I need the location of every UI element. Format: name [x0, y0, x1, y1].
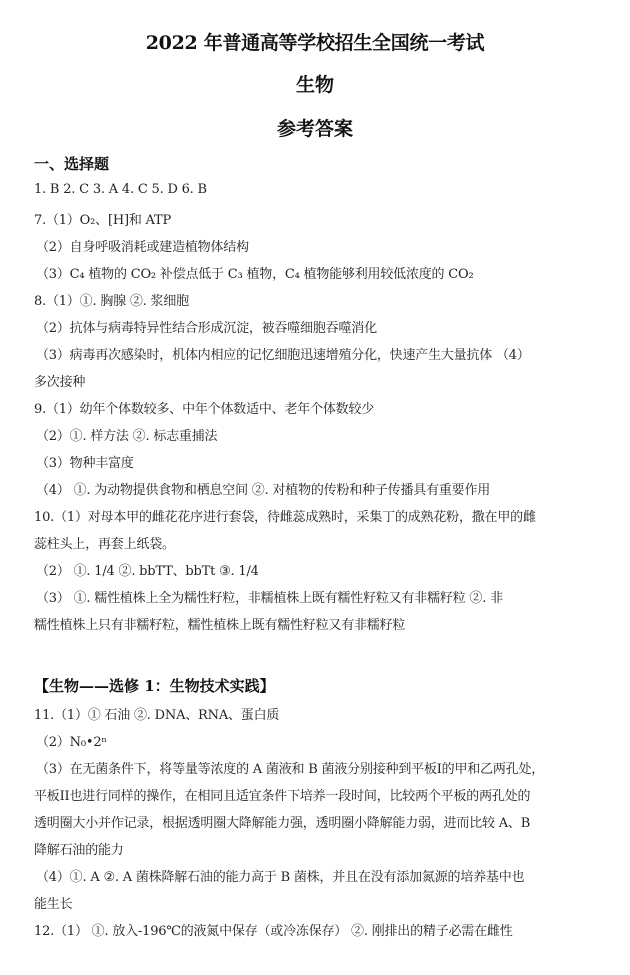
- answer-line: （3）病毒再次感染时，机体内相应的记忆细胞迅速增殖分化，快速产生大量抗体 （4）: [36, 344, 530, 363]
- answer-line: （2）自身呼吸消耗或建造植物体结构: [36, 236, 249, 255]
- answer-line: 9.（1）幼年个体数较多、中年个体数适中、老年个体数较少: [34, 398, 374, 417]
- document-subject: 生物: [0, 70, 630, 97]
- answer-line: （3）物种丰富度: [36, 452, 134, 471]
- answer-line: （4） ①. 为动物提供食物和栖息空间 ②. 对植物的传粉和种子传播具有重要作用: [36, 479, 490, 498]
- answer-line: （2）N₀•2ⁿ: [36, 731, 107, 750]
- answer-line: （2）抗体与病毒特异性结合形成沉淀，被吞噬细胞吞噬消化: [36, 317, 377, 336]
- answer-line: 1. B 2. C 3. A 4. C 5. D 6. B: [34, 182, 207, 197]
- answer-line: 平板II也进行同样的操作，在相同且适宜条件下培养一段时间，比较两个平板的两孔处的: [34, 785, 530, 804]
- answer-line: 11.（1）① 石油 ②. DNA、RNA、蛋白质: [34, 704, 279, 723]
- answer-line: 能生长: [34, 893, 72, 912]
- answer-line: （2） ①. 1/4 ②. bbTT、bbTt ③. 1/4: [36, 560, 259, 579]
- answer-line: （2）①. 样方法 ②. 标志重捕法: [36, 425, 217, 444]
- answer-line: （4）①. A ②. A 菌株降解石油的能力高于 B 菌株，并且在没有添加氮源的…: [36, 866, 524, 885]
- answer-line: （3） ①. 糯性植株上全为糯性籽粒，非糯植株上既有糯性籽粒又有非糯籽粒 ②. …: [36, 587, 503, 606]
- answer-line: 10.（1）对母本甲的雌花花序进行套袋，待雌蕊成熟时，采集丁的成熟花粉，撒在甲的…: [34, 506, 536, 525]
- answer-line: （3）在无菌条件下，将等量等浓度的 A 菌液和 B 菌液分别接种到平板I的甲和乙…: [36, 758, 544, 777]
- section-heading-choice: 一、选择题: [34, 153, 109, 174]
- answer-line: （3）C₄ 植物的 CO₂ 补偿点低于 C₃ 植物，C₄ 植物能够利用较低浓度的…: [36, 263, 474, 282]
- answer-line: 8.（1）①. 胸腺 ②. 浆细胞: [34, 290, 189, 309]
- answer-line: 多次接种: [34, 371, 85, 390]
- answer-line: 7.（1）O₂、[H]和 ATP: [34, 209, 171, 228]
- section-heading-elective: 【生物——选修 1：生物技术实践】: [34, 675, 275, 696]
- answer-line: 糯性植株上只有非糯籽粒，糯性植株上既有糯性籽粒又有非糯籽粒: [34, 614, 405, 633]
- answer-line: 12.（1） ①. 放入-196℃的液氮中保存（或冷冻保存） ②. 刚排出的精子…: [34, 920, 513, 939]
- answer-line: 透明圈大小并作记录，根据透明圈大降解能力强，透明圈小降解能力弱，进而比较 A、B: [34, 812, 530, 831]
- document-title: 2022 年普通高等学校招生全国统一考试: [0, 28, 630, 55]
- answer-line: 降解石油的能力: [34, 839, 124, 858]
- document-subtitle: 参考答案: [0, 114, 630, 141]
- answer-line: 蕊柱头上，再套上纸袋。: [34, 533, 175, 552]
